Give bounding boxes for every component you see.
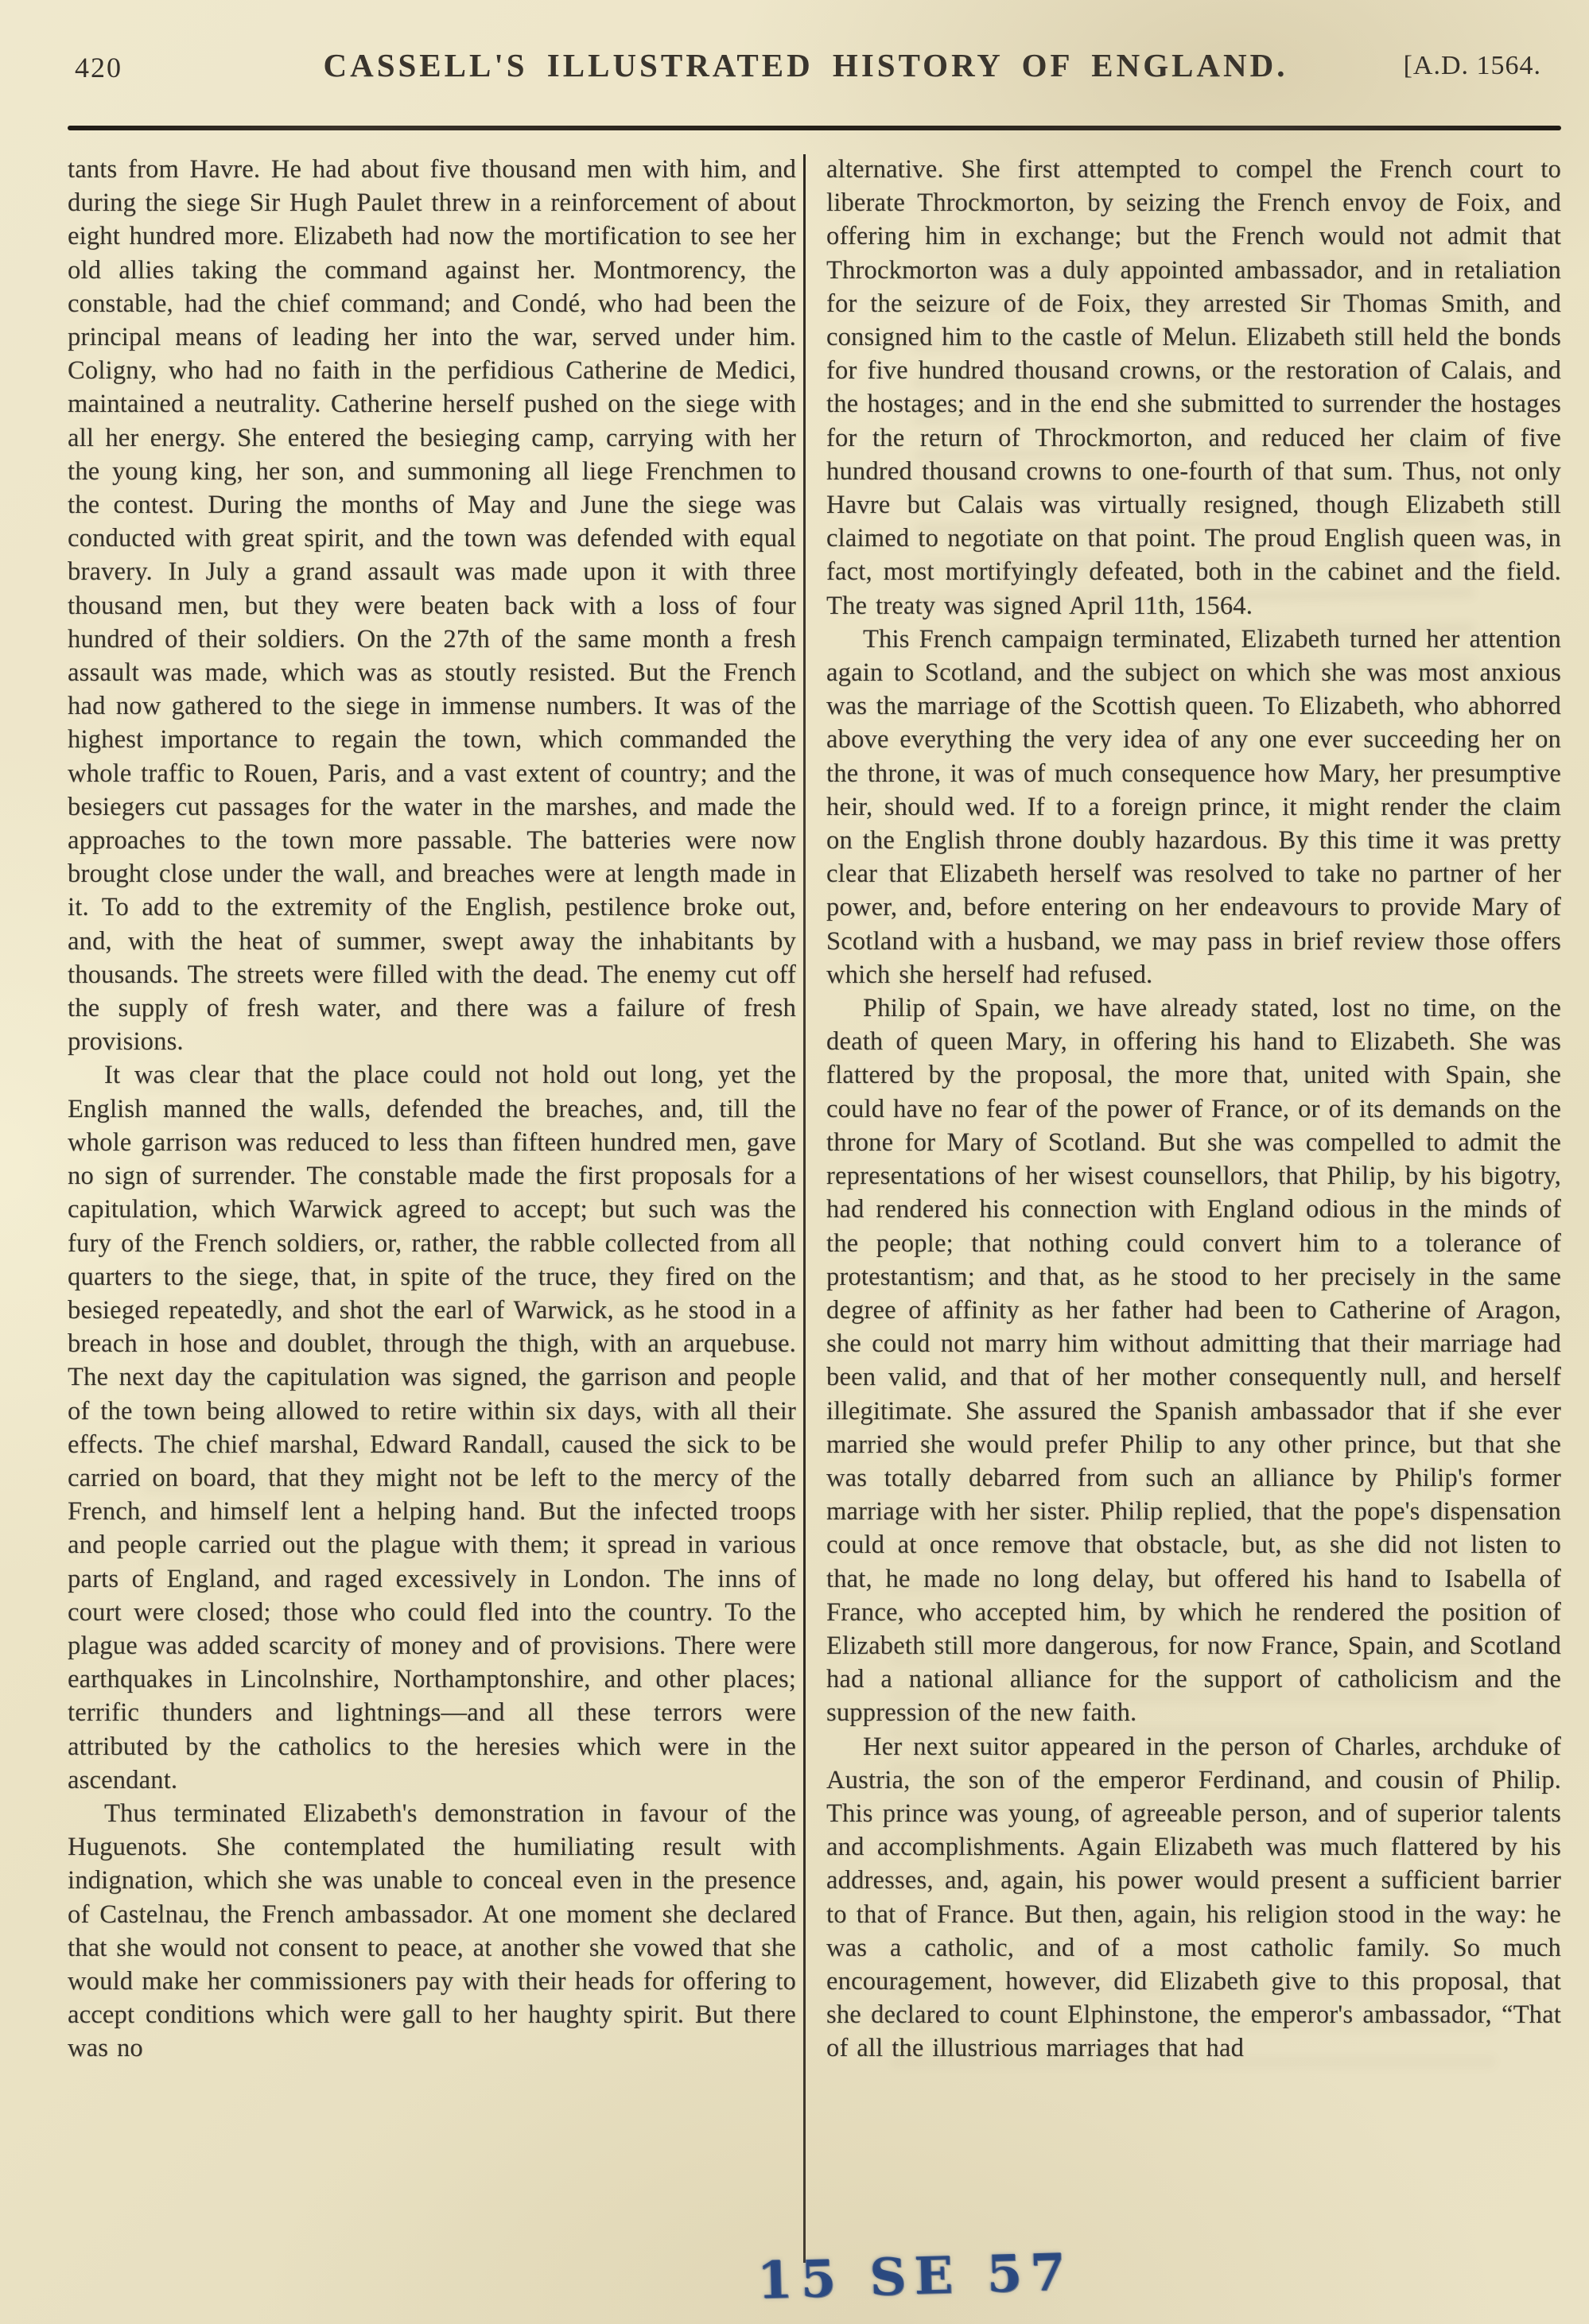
paragraph: Philip of Spain, we have already stated,… — [826, 991, 1561, 1729]
paragraph-continuation: tants from Havre. He had about five thou… — [68, 153, 796, 1058]
paragraph: Thus terminated Elizabeth's demonstratio… — [68, 1797, 796, 2066]
header-rule — [68, 126, 1561, 130]
book-page-scan: 420 CASSELL'S ILLUSTRATED HISTORY OF ENG… — [0, 0, 1589, 2324]
left-column: tants from Havre. He had about five thou… — [68, 153, 796, 2268]
running-title: CASSELL'S ILLUSTRATED HISTORY OF ENGLAND… — [70, 46, 1541, 84]
paragraph: It was clear that the place could not ho… — [68, 1058, 796, 1796]
page-header: 420 CASSELL'S ILLUSTRATED HISTORY OF ENG… — [70, 41, 1541, 97]
paragraph: Her next suitor appeared in the person o… — [826, 1730, 1561, 2066]
library-date-stamp: 15 SE 57 — [756, 2242, 1074, 2310]
right-column: alternative. She first attempted to comp… — [826, 153, 1561, 2268]
date-marker: [A.D. 1564. — [1404, 51, 1541, 81]
paragraph-continuation: alternative. She first attempted to comp… — [826, 153, 1561, 623]
column-divider-rule — [803, 154, 806, 2263]
text-columns: tants from Havre. He had about five thou… — [68, 153, 1561, 2268]
paragraph: This French campaign terminated, Elizabe… — [826, 623, 1561, 991]
